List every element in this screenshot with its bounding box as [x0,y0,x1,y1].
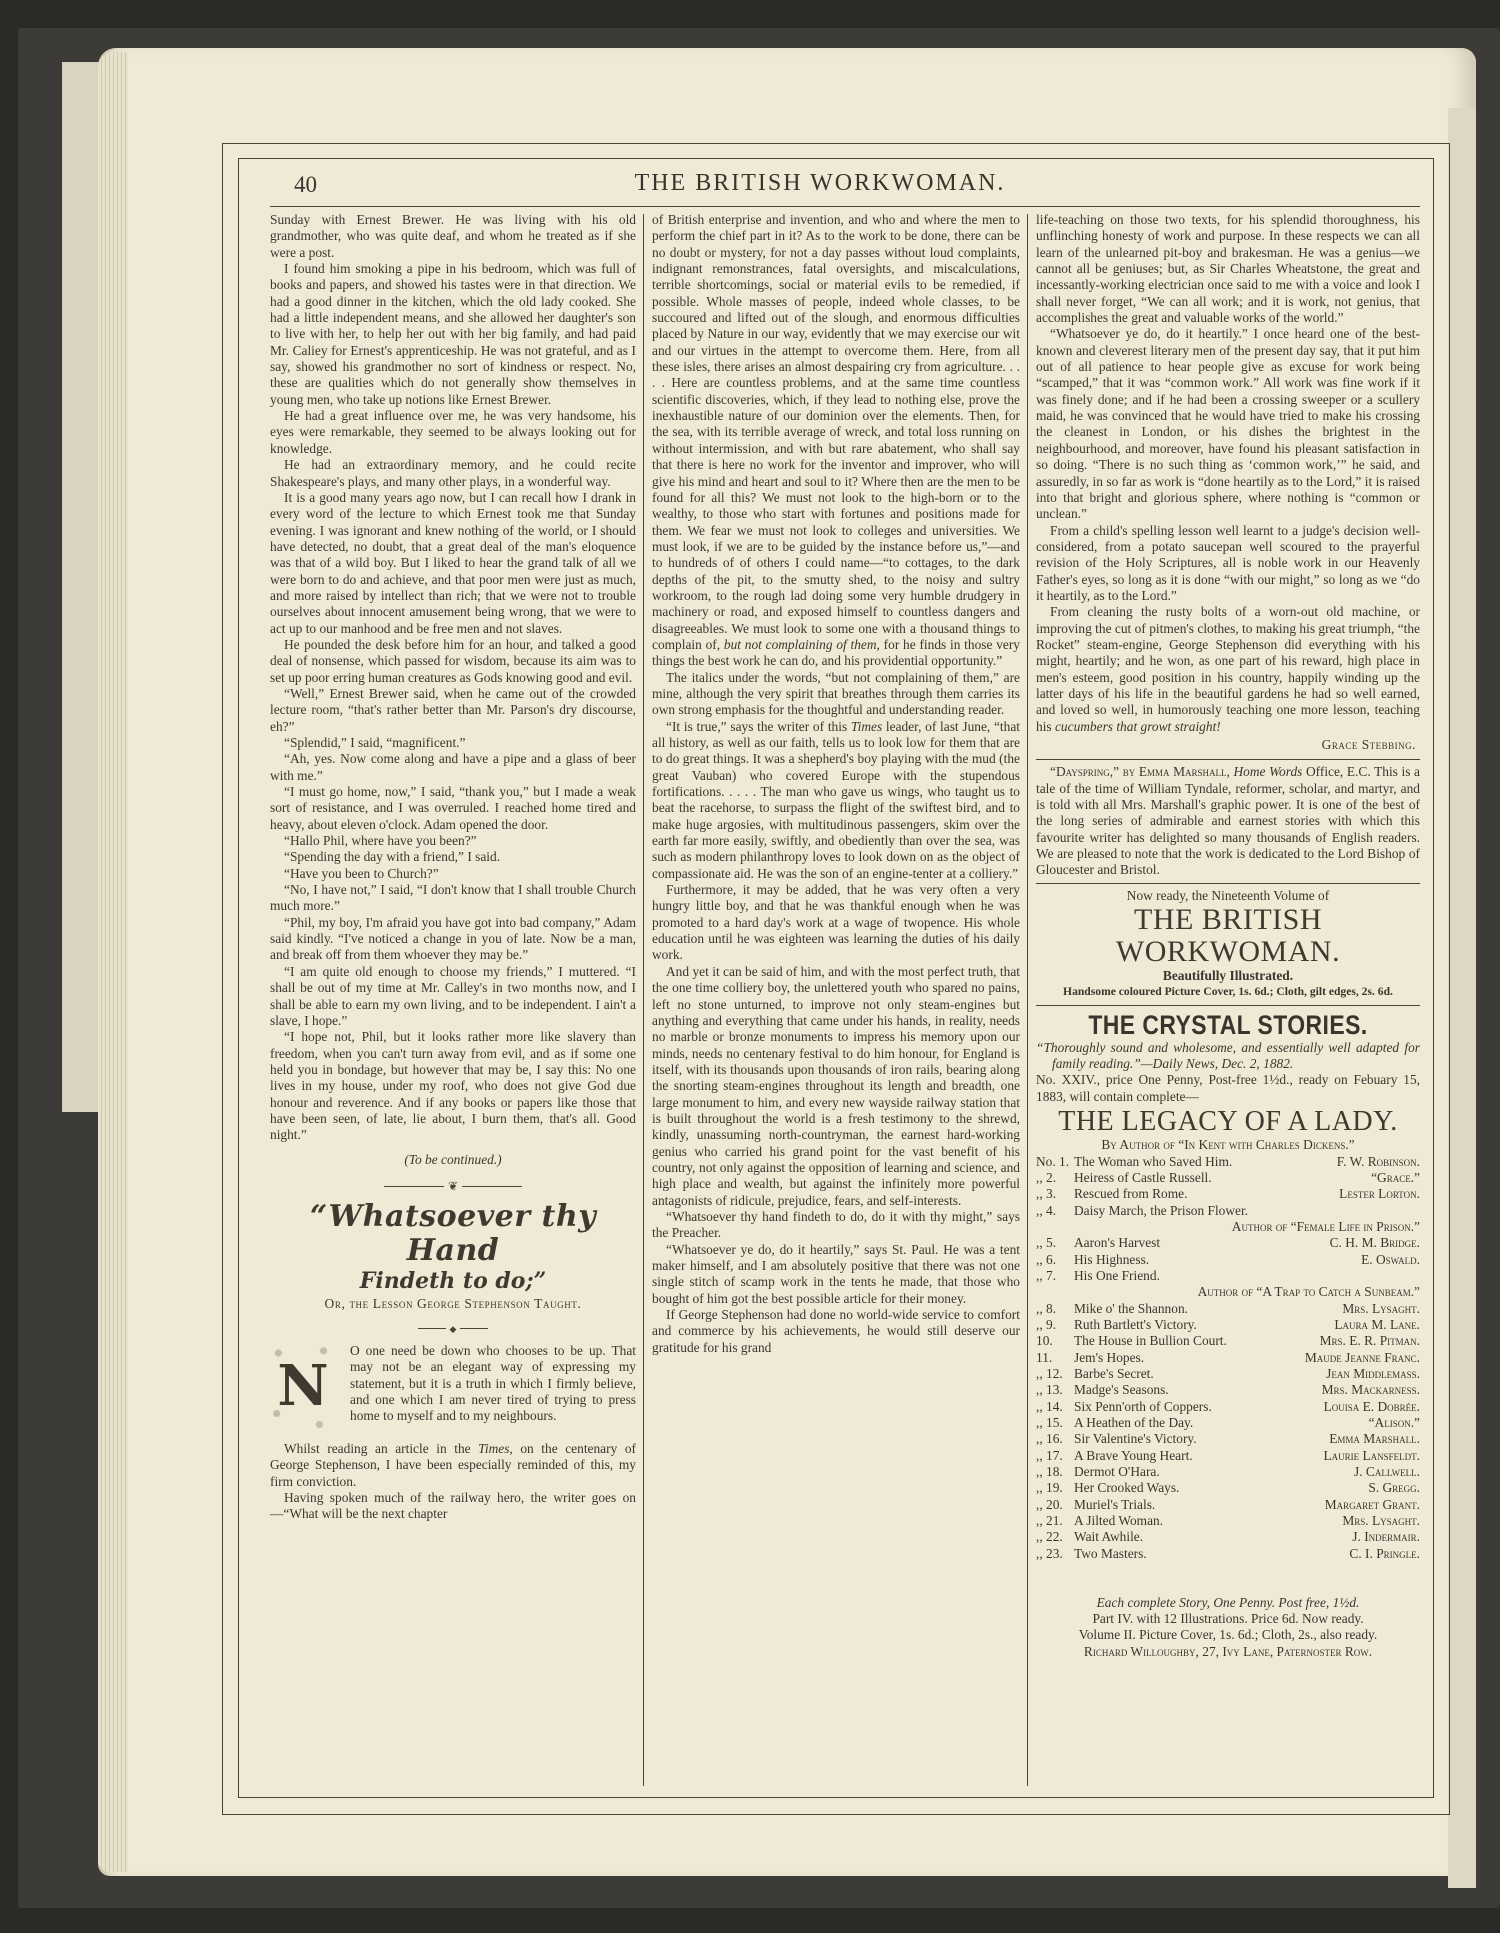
story-author: Margaret Grant. [1325,1497,1420,1513]
paragraph: “I am quite old enough to choose my frie… [270,964,636,1029]
review-title: “Dayspring,” by Emma Marshall, [1050,764,1234,779]
paragraph: “I must go home, now,” I said, “thank yo… [270,784,636,833]
book-review: “Dayspring,” by Emma Marshall, Home Word… [1036,764,1420,878]
story-number: ,, 7. [1036,1268,1074,1284]
story-row: ,, 18.Dermot O'Hara.J. Callwell. [1036,1464,1420,1480]
opening-text: O one need be down who chooses to be up.… [350,1343,636,1423]
article-subtitle: Or, the Lesson George Stephenson Taught. [270,1296,636,1312]
story-author: Emma Marshall. [1329,1431,1420,1447]
text: leader, of last June, “that all history,… [652,719,1020,881]
italic-text: Times [478,1441,509,1456]
author-signature: Grace Stebbing. [1036,737,1416,753]
story-author-line: Author of “A Trap to Catch a Sunbeam.” [1036,1284,1420,1300]
story-row: 11.Jem's Hopes.Maude Jeanne Franc. [1036,1350,1420,1366]
column-1: Sunday with Ernest Brewer. He was living… [270,212,636,1523]
story-author: S. Gregg. [1368,1480,1420,1496]
paragraph: “Splendid,” I said, “magnificent.” [270,735,636,751]
paragraph: “Ah, yes. Now come along and have a pipe… [270,751,636,784]
story-author-line: Author of “Female Life in Prison.” [1036,1219,1420,1235]
paragraph: He pounded the desk before him for an ho… [270,637,636,686]
paragraph: If George Stephenson had done no world-w… [652,1307,1020,1356]
story-author: Laurie Lansfeldt. [1323,1448,1420,1464]
divider-line [384,1186,444,1187]
volume-ii-note: Volume II. Picture Cover, 1s. 6d.; Cloth… [1036,1627,1420,1643]
article-opening-paragraph: N O one need be down who chooses to be u… [270,1343,636,1425]
review-publisher: Home Words [1234,764,1303,779]
story-row: ,, 14.Six Penn'orth of Coppers.Louisa E.… [1036,1399,1420,1415]
story-row: ,, 13.Madge's Seasons.Mrs. Mackarness. [1036,1382,1420,1398]
story-row: ,, 17.A Brave Young Heart.Laurie Lansfel… [1036,1448,1420,1464]
story-number: ,, 2. [1036,1170,1074,1186]
story-number: ,, 23. [1036,1546,1074,1562]
story-author: Laura M. Lane. [1334,1317,1420,1333]
story-row: ,, 3.Rescued from Rome.Lester Lorton. [1036,1186,1420,1202]
story-title: Sir Valentine's Victory. [1074,1431,1197,1446]
publisher-address: Richard Willoughby, 27, Ivy Lane, Patern… [1036,1644,1420,1660]
story-row: ,, 21.A Jilted Woman.Mrs. Lysaght. [1036,1513,1420,1529]
italic-text: Times [851,719,882,734]
paragraph: From a child's spelling lesson well lear… [1036,523,1420,605]
text: Whilst reading an article in the [284,1441,478,1456]
story-title: Six Penn'orth of Coppers. [1074,1399,1212,1414]
story-author: Louisa E. Dobrée. [1324,1399,1420,1415]
divider-line [462,1186,522,1187]
story-title: Daisy March, the Prison Flower. [1074,1203,1248,1218]
story-author: Mrs. E. R. Pitman. [1320,1333,1420,1349]
text: From cleaning the rusty bolts of a worn-… [1036,604,1420,733]
story-title: Mike o' the Shannon. [1074,1301,1188,1316]
story-row: ,, 22.Wait Awhile.J. Indermair. [1036,1529,1420,1545]
article-title: “Whatsoever thy Hand [270,1200,636,1268]
text: “It is true,” says the writer of this [666,719,851,734]
diamond-icon: ◆ [450,1321,457,1337]
story-row: ,, 9.Ruth Bartlett's Victory.Laura M. La… [1036,1317,1420,1333]
story-author: F. W. Robinson. [1337,1154,1420,1170]
story-number: ,, 19. [1036,1480,1074,1496]
story-number: ,, 20. [1036,1497,1074,1513]
paragraph: He had an extraordinary memory, and he c… [270,457,636,490]
story-row: ,, 16.Sir Valentine's Victory.Emma Marsh… [1036,1431,1420,1447]
story-number: ,, 8. [1036,1301,1074,1317]
to-be-continued: (To be continued.) [270,1152,636,1168]
story-author: Maude Jeanne Franc. [1305,1350,1420,1366]
story-number: 10. [1036,1333,1074,1349]
ad-title-crystal-stories: THE CRYSTAL STORIES. [1065,1010,1391,1040]
paragraph: And yet it can be said of him, and with … [652,964,1020,1209]
paragraph: “Well,” Ernest Brewer said, when he came… [270,686,636,735]
story-title: Madge's Seasons. [1074,1382,1169,1397]
divider-line [418,1328,446,1329]
story-title: Barbe's Secret. [1074,1366,1154,1381]
story-author: C. I. Pringle. [1349,1546,1420,1562]
each-story-price: Each complete Story, One Penny. Post fre… [1036,1595,1420,1611]
story-title: His Highness. [1074,1252,1149,1267]
story-title: Dermot O'Hara. [1074,1464,1160,1479]
story-number: ,, 16. [1036,1431,1074,1447]
paragraph: He had a great influence over me, he was… [270,408,636,457]
story-row: ,, 5.Aaron's HarvestC. H. M. Bridge. [1036,1235,1420,1251]
section-rule [1036,1005,1420,1006]
paragraph: Whilst reading an article in the Times, … [270,1441,636,1490]
paragraph: “Whatsoever ye do, do it heartily.” I on… [1036,326,1420,522]
story-number: ,, 6. [1036,1252,1074,1268]
story-title: The Woman who Saved Him. [1074,1154,1232,1169]
column-3: life-teaching on those two texts, for hi… [1036,212,1420,1660]
story-number: ,, 13. [1036,1382,1074,1398]
story-byline: By Author of “In Kent with Charles Dicke… [1036,1137,1420,1153]
page-number: 40 [294,172,317,198]
story-row: ,, 15.A Heathen of the Day.“Alison.” [1036,1415,1420,1431]
story-author: “Alison.” [1369,1415,1420,1431]
story-row: ,, 23.Two Masters.C. I. Pringle. [1036,1546,1420,1562]
story-author: C. H. M. Bridge. [1330,1235,1420,1251]
story-title: Heiress of Castle Russell. [1074,1170,1212,1185]
story-author: Jean Middlemass. [1326,1366,1420,1382]
ad-now-ready: Now ready, the Nineteenth Volume of [1036,888,1420,904]
story-number: ,, 21. [1036,1513,1074,1529]
ad-subtitle: Beautifully Illustrated. [1036,968,1420,984]
column-divider [1027,214,1028,1786]
paragraph: “Whatsoever ye do, do it heartily,” says… [652,1242,1020,1307]
story-title: Her Crooked Ways. [1074,1480,1179,1495]
story-row: No. 1.The Woman who Saved Him.F. W. Robi… [1036,1154,1420,1170]
story-title: Jem's Hopes. [1074,1350,1144,1365]
story-number: ,, 15. [1036,1415,1074,1431]
paragraph: “It is true,” says the writer of this Ti… [652,719,1020,882]
story-author: Mrs. Lysaght. [1342,1513,1420,1529]
story-title: A Heathen of the Day. [1074,1415,1193,1430]
ad-issue: No. XXIV., price One Penny, Post-free 1½… [1036,1072,1420,1105]
review-body: Office, E.C. This is a tale of the time … [1036,764,1420,877]
story-number: ,, 22. [1036,1529,1074,1545]
paragraph: “No, I have not,” I said, “I don't know … [270,882,636,915]
ornamental-dropcap-icon: N [262,1331,344,1441]
story-title: Aaron's Harvest [1074,1235,1160,1250]
story-row: ,, 20.Muriel's Trials.Margaret Grant. [1036,1497,1420,1513]
story-number: ,, 14. [1036,1399,1074,1415]
story-title: THE LEGACY OF A LADY. [1036,1107,1420,1137]
paragraph: “I hope not, Phil, but it looks rather m… [270,1029,636,1143]
paragraph: of British enterprise and invention, and… [652,212,1020,670]
story-title: The House in Bullion Court. [1074,1333,1227,1348]
divider-line [460,1328,488,1329]
ornamental-divider: ❦ [270,1178,636,1194]
story-number: ,, 9. [1036,1317,1074,1333]
paragraph: life-teaching on those two texts, for hi… [1036,212,1420,326]
story-title: A Brave Young Heart. [1074,1448,1193,1463]
story-author: Lester Lorton. [1339,1186,1420,1202]
paragraph: I found him smoking a pipe in his bedroo… [270,261,636,408]
header-rule [270,206,1420,207]
page-edges [98,52,128,1872]
article-title-line-2: Findeth to do;” [270,1268,636,1294]
story-title: Two Masters. [1074,1546,1147,1561]
story-author: Mrs. Lysaght. [1342,1301,1420,1317]
story-author: “Grace.” [1371,1170,1420,1186]
ad-prices: Handsome coloured Picture Cover, 1s. 6d.… [1036,984,1420,1000]
fleuron-icon: ❦ [448,1178,458,1194]
story-number: No. 1. [1036,1154,1074,1170]
ad-title-british-workwoman: THE BRITISH WORKWOMAN. [1036,904,1420,968]
page-right-edge [1448,108,1476,1888]
story-row: ,, 7.His One Friend. [1036,1268,1420,1284]
paragraph: The italics under the words, “but not co… [652,670,1020,719]
story-row: ,, 8.Mike o' the Shannon.Mrs. Lysaght. [1036,1301,1420,1317]
story-row: ,, 12.Barbe's Secret.Jean Middlemass. [1036,1366,1420,1382]
ad-quote: “Thoroughly sound and wholesome, and ess… [1036,1040,1420,1073]
text: of British enterprise and invention, and… [652,212,1020,652]
story-row: ,, 4.Daisy March, the Prison Flower. [1036,1203,1420,1219]
column-2: of British enterprise and invention, and… [652,212,1020,1356]
story-number: ,, 12. [1036,1366,1074,1382]
story-author: E. Oswald. [1361,1252,1420,1268]
paragraph: Furthermore, it may be added, that he wa… [652,882,1020,964]
story-row [1036,1562,1420,1578]
paragraph: Sunday with Ernest Brewer. He was living… [270,212,636,261]
italic-text: but not complaining of them [724,637,877,652]
story-number: 11. [1036,1350,1074,1366]
story-row: ,, 6.His Highness.E. Oswald. [1036,1252,1420,1268]
story-title: His One Friend. [1074,1268,1160,1283]
story-author: Mrs. Mackarness. [1322,1382,1420,1398]
story-number: ,, 4. [1036,1203,1074,1219]
story-number: ,, 18. [1036,1464,1074,1480]
story-number: ,, 5. [1036,1235,1074,1251]
paragraph: “Whatsoever thy hand findeth to do, do i… [652,1209,1020,1242]
section-rule [1036,759,1420,760]
part-iv-note: Part IV. with 12 Illustrations. Price 6d… [1036,1611,1420,1627]
story-number: ,, 17. [1036,1448,1074,1464]
story-row: ,, 19.Her Crooked Ways.S. Gregg. [1036,1480,1420,1496]
story-title: Ruth Bartlett's Victory. [1074,1317,1197,1332]
story-row [1036,1578,1420,1594]
paragraph: “Spending the day with a friend,” I said… [270,849,636,865]
story-author: J. Indermair. [1352,1529,1420,1545]
paragraph: “Hallo Phil, where have you been?” [270,833,636,849]
paragraph: Having spoken much of the railway hero, … [270,1490,636,1523]
paragraph: From cleaning the rusty bolts of a worn-… [1036,604,1420,735]
story-row: 10.The House in Bullion Court.Mrs. E. R.… [1036,1333,1420,1349]
paragraph: “Have you been to Church?” [270,866,636,882]
column-divider [643,214,644,1786]
masthead-title: THE BRITISH WORKWOMAN. [520,170,1120,197]
stories-list: No. 1.The Woman who Saved Him.F. W. Robi… [1036,1154,1420,1595]
paragraph: “Phil, my boy, I'm afraid you have got i… [270,915,636,964]
story-row: ,, 2.Heiress of Castle Russell.“Grace.” [1036,1170,1420,1186]
paragraph: It is a good many years ago now, but I c… [270,490,636,637]
section-rule [1036,883,1420,884]
italic-text: cucumbers that growt straight! [1055,719,1221,734]
story-title: Rescued from Rome. [1074,1186,1187,1201]
story-number: ,, 3. [1036,1186,1074,1202]
story-title: Muriel's Trials. [1074,1497,1155,1512]
story-title: Wait Awhile. [1074,1529,1143,1544]
story-author: J. Callwell. [1354,1464,1420,1480]
story-title: A Jilted Woman. [1074,1513,1163,1528]
